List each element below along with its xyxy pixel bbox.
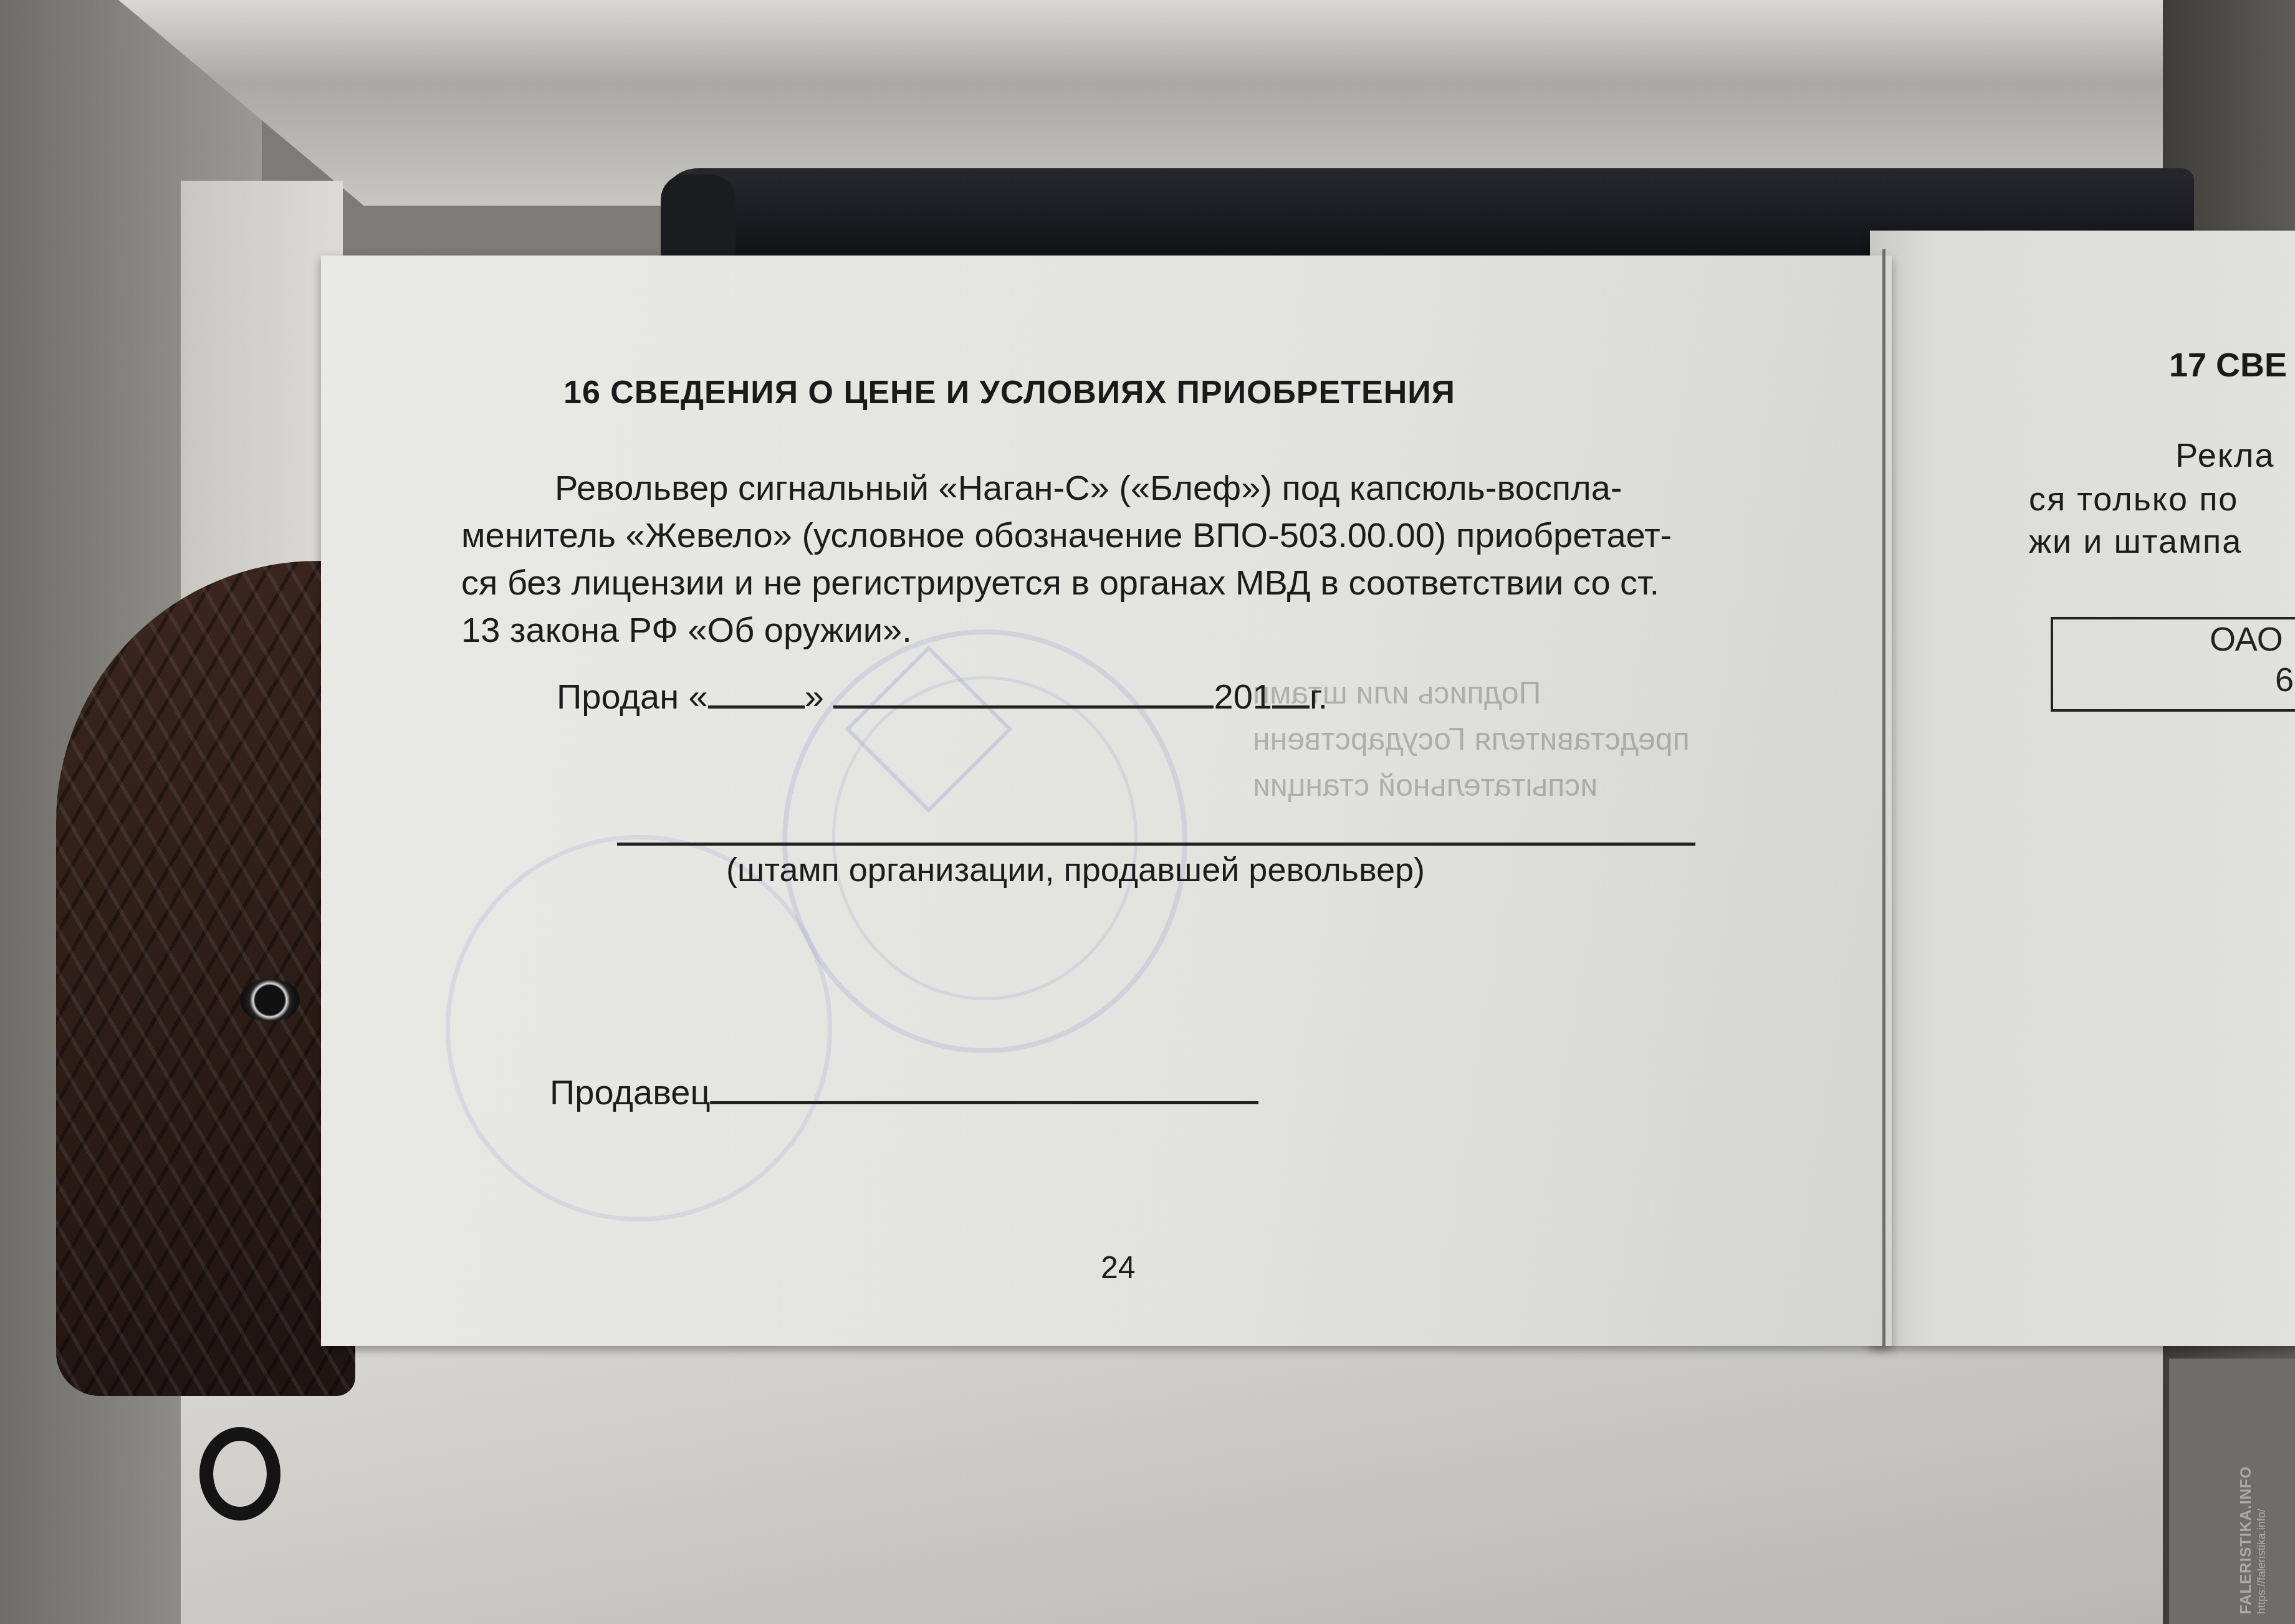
- right-page-text-line: Рекла: [2175, 436, 2274, 475]
- sold-date-line: Продан «» 201г.: [557, 676, 1328, 717]
- paragraph-line: 13 закона РФ «Об оружии».: [461, 606, 1776, 654]
- show-through-line: представителя Государственн: [1253, 716, 1690, 762]
- month-blank: [833, 681, 1214, 709]
- stamp-signature-line: [617, 843, 1695, 846]
- year-suffix: г.: [1310, 677, 1328, 716]
- section-heading: 16 СВЕДЕНИЯ О ЦЕНЕ И УСЛОВИЯХ ПРИОБРЕТЕН…: [563, 374, 1455, 411]
- close-quote: »: [805, 677, 824, 716]
- right-page-heading: 17 СВЕ: [2169, 346, 2287, 385]
- sold-label: Продан «: [557, 677, 708, 716]
- right-page-box-text: ОАО: [2210, 620, 2283, 659]
- watermark-url: https://faleristika.info/: [2255, 1466, 2268, 1614]
- booklet-spine: [1882, 249, 1885, 1346]
- watermark-brand: FALERISTIKA.INFO: [2238, 1466, 2255, 1614]
- box-bottom-insert: [181, 1346, 2175, 1624]
- stamp-caption: (штамп организации, продавшей револьвер): [726, 851, 1425, 889]
- page-number: 24: [1101, 1249, 1136, 1286]
- seller-blank: [710, 1074, 1258, 1104]
- paragraph-line: Револьвер сигнальный «Наган-С» («Блеф») …: [461, 464, 1776, 512]
- stamp-impression-secondary: [446, 835, 832, 1221]
- year-prefix: 201: [1214, 677, 1272, 716]
- seller-label: Продавец: [550, 1072, 710, 1112]
- year-blank: [1272, 681, 1310, 709]
- right-page-text-line: ся только по: [2029, 480, 2238, 518]
- day-blank: [708, 681, 805, 709]
- right-page-text-line: жи и штампа: [2029, 522, 2242, 561]
- show-through-line: испытательной станции: [1253, 762, 1690, 808]
- lanyard-ring: [199, 1427, 280, 1521]
- watermark: FALERISTIKA.INFO https://faleristika.inf…: [2238, 1489, 2294, 1614]
- right-page-box-text: 6: [2275, 661, 2294, 699]
- revolver-grip: [56, 561, 355, 1396]
- paragraph: Револьвер сигнальный «Наган-С» («Блеф») …: [461, 464, 1776, 654]
- paragraph-line: менитель «Жевело» (условное обозначение …: [461, 512, 1776, 559]
- seller-line: Продавец: [550, 1072, 1258, 1112]
- booklet-right-page: [1870, 231, 2295, 1346]
- paragraph-line: ся без лицензии и не регистрируется в ор…: [461, 559, 1776, 606]
- grip-screw-icon: [240, 978, 300, 1022]
